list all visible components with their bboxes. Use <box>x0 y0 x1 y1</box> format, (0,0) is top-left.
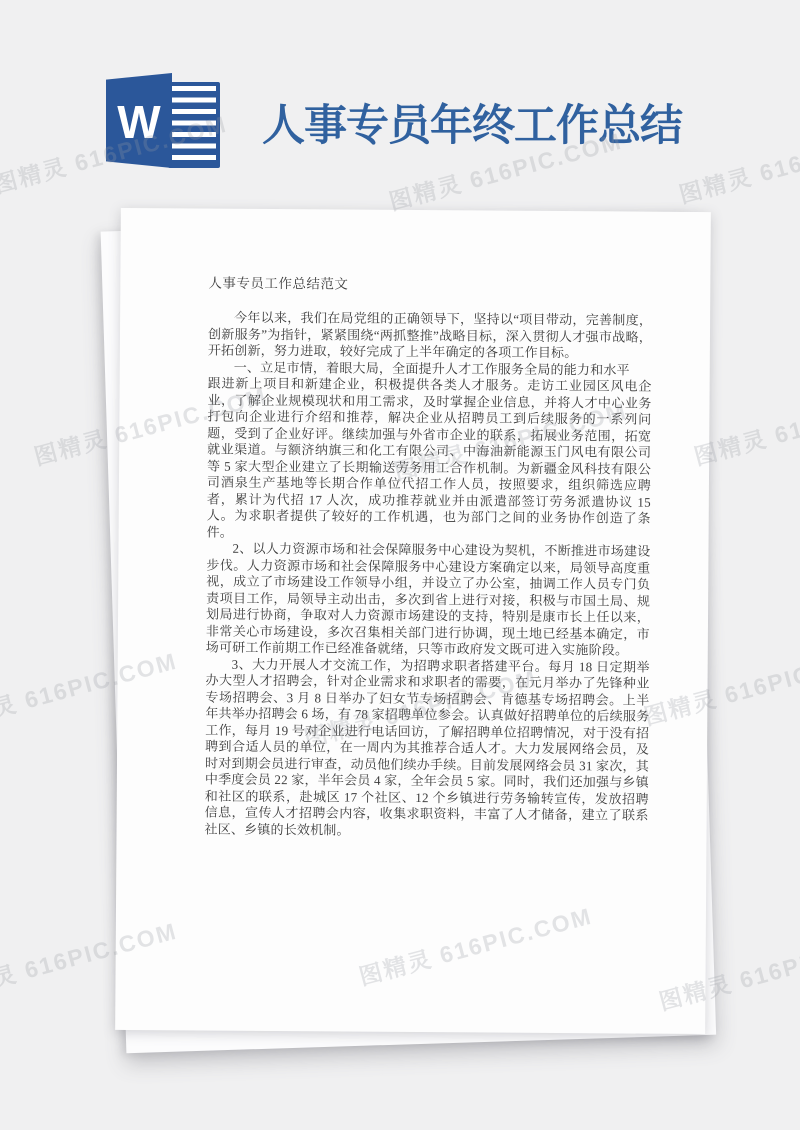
word-icon-page-lines <box>168 82 220 168</box>
document-paragraph: 3、大力开展人才交流工作，为招聘求职者搭建平台。每月 18 日定期举办大型人才招… <box>204 656 649 841</box>
page-title: 人事专员年终工作总结 <box>262 92 682 153</box>
watermark-text: 图精灵 616PIC.COM <box>675 116 800 210</box>
document-paragraph: 2、以人力资源市场和社会保障服务中心建设为契机，不断推进市场建设步伐。人力资源市… <box>206 541 651 660</box>
document-content: 人事专员工作总结范文 今年以来，我们在局党组的正确领导下，坚持以“项目带动，完善… <box>116 208 710 841</box>
word-icon: W <box>106 73 218 168</box>
word-icon-letter: W <box>117 95 160 149</box>
document-title: 人事专员工作总结范文 <box>208 275 652 295</box>
document-paragraph: 跟进新上项目和新建企业，积极提供各类人才服务。走访工业园区风电企业，了解企业规模… <box>207 376 652 544</box>
word-icon-flap: W <box>106 73 172 168</box>
document-body: 今年以来，我们在局党组的正确领导下，坚持以“项目带动，完善制度，创新服务”为指针… <box>204 310 652 841</box>
paper-sheet-main: 人事专员工作总结范文 今年以来，我们在局党组的正确领导下，坚持以“项目带动，完善… <box>115 208 711 1034</box>
document-paragraph: 今年以来，我们在局党组的正确领导下，坚持以“项目带动，完善制度，创新服务”为指针… <box>208 310 652 363</box>
